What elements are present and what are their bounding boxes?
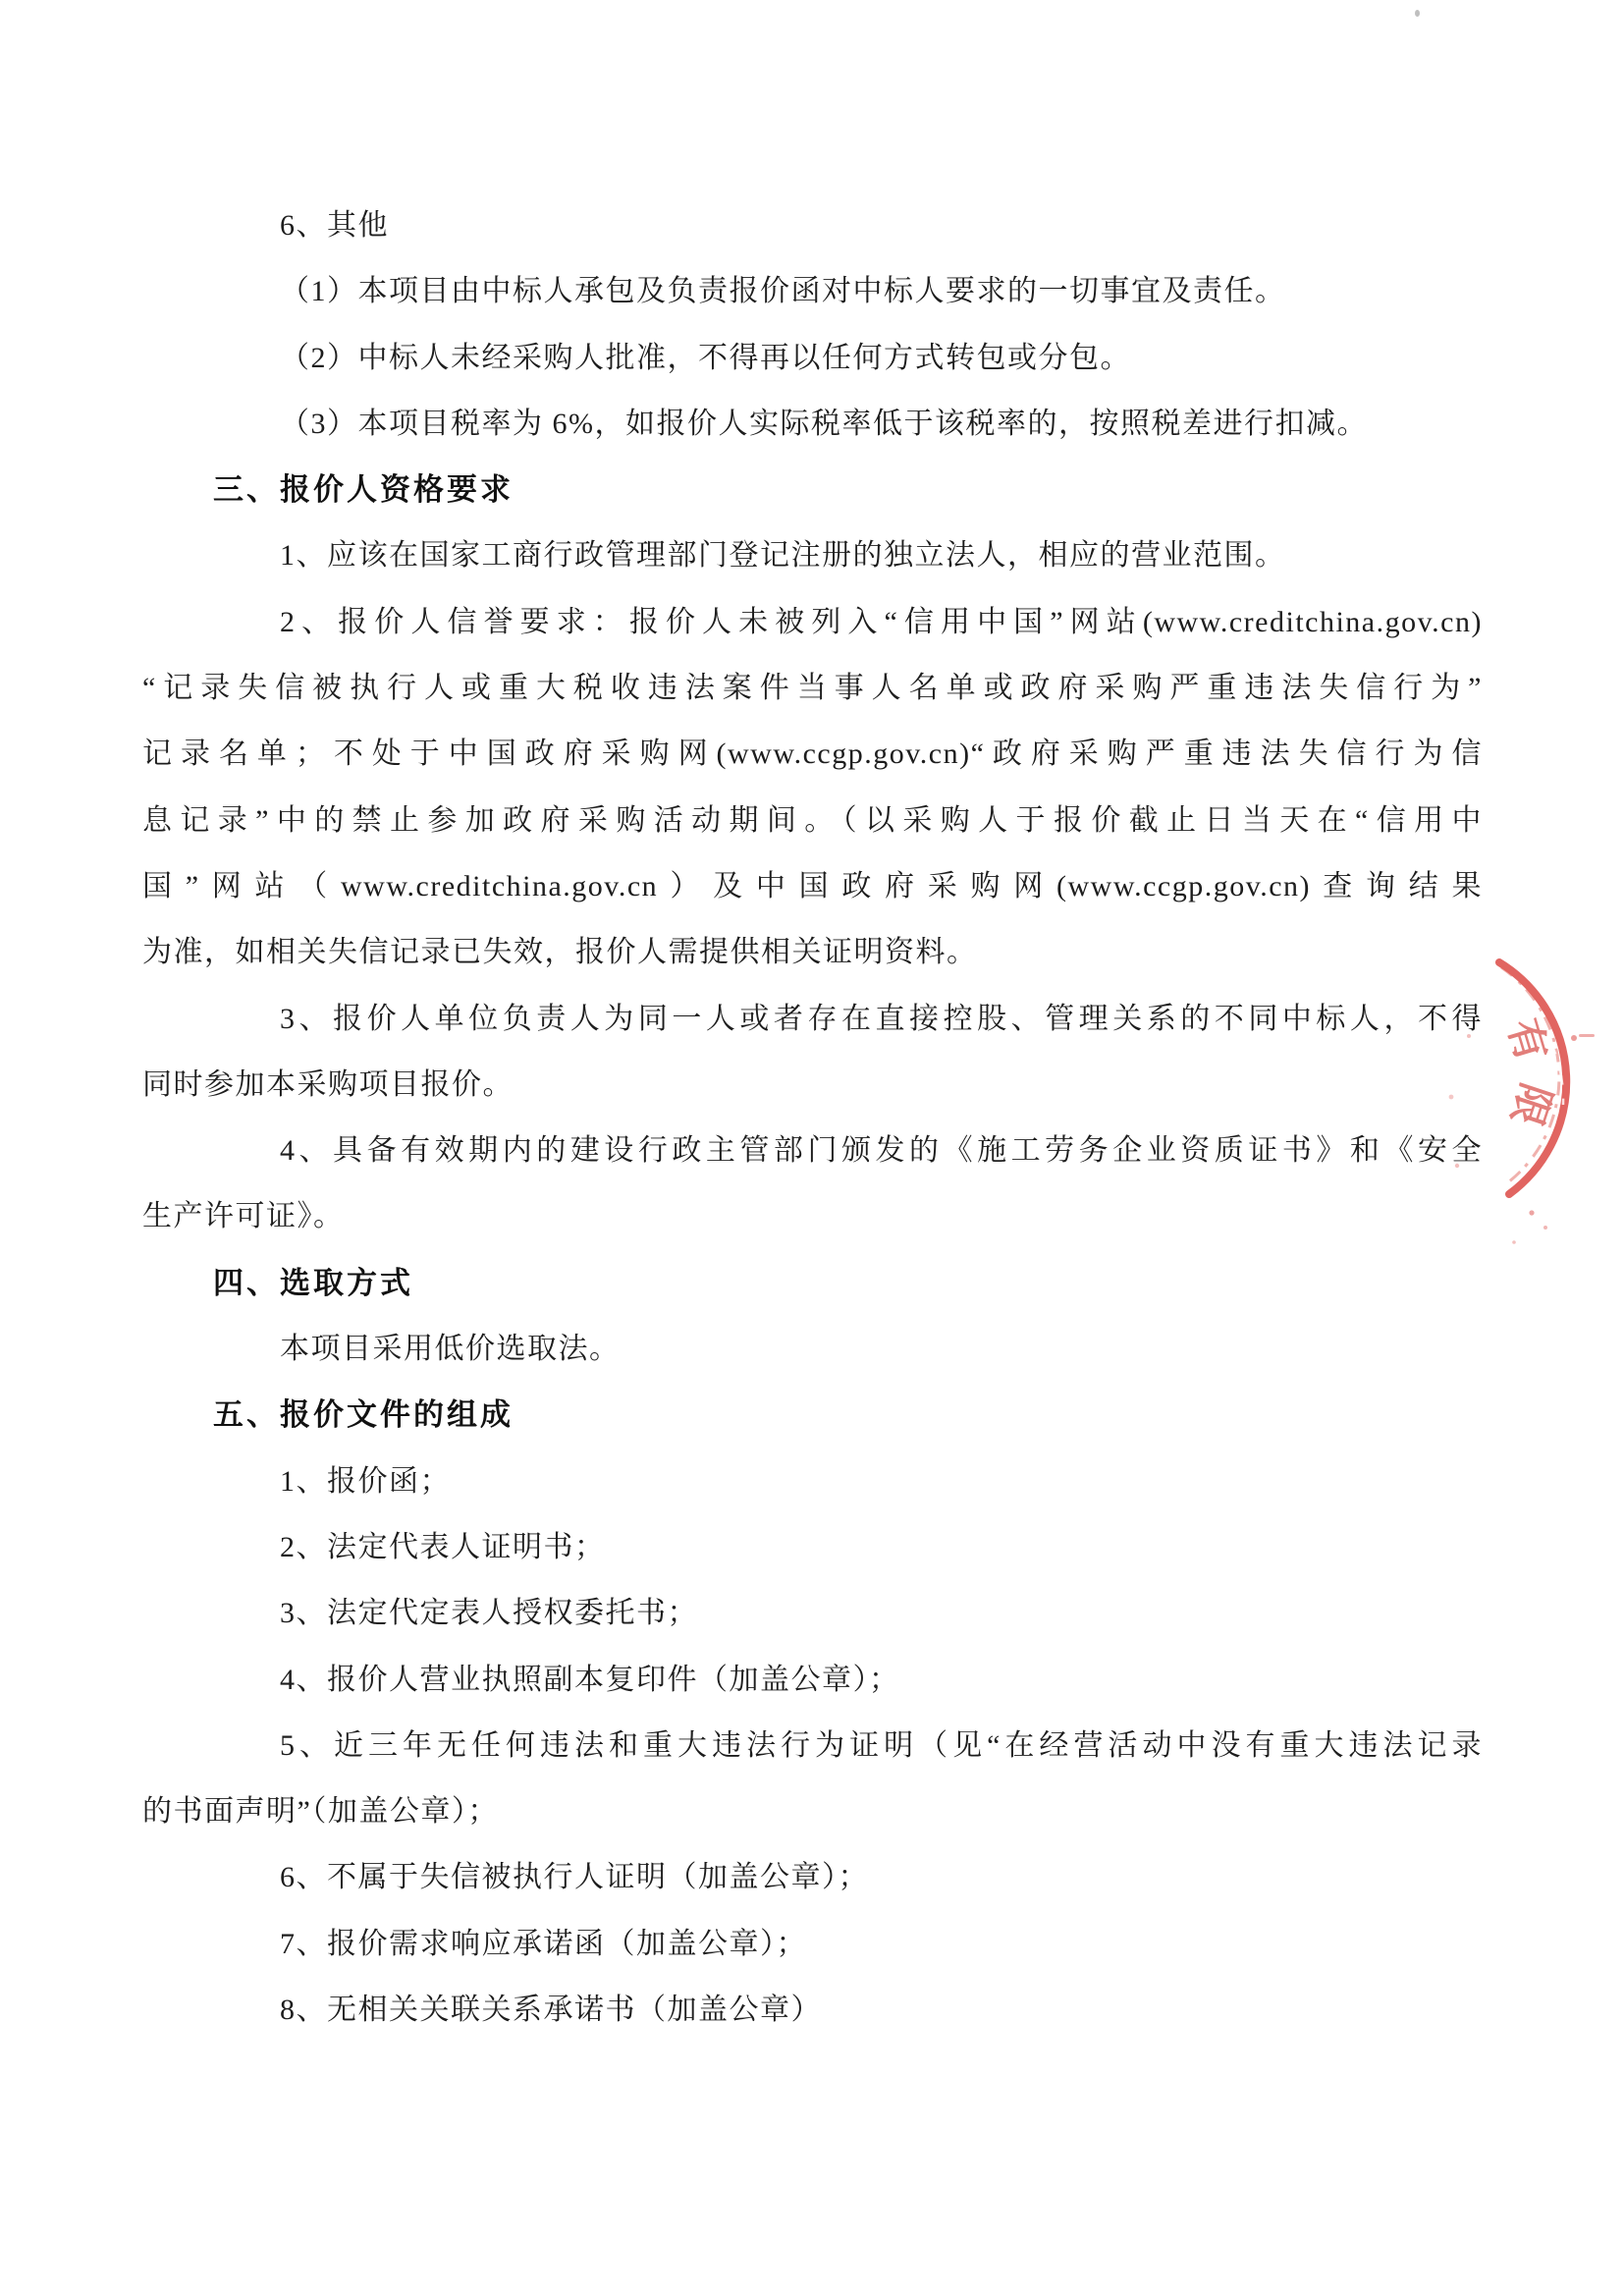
- seal-arc: [1499, 962, 1566, 1194]
- text-line: 国”网站（www.creditchina.gov.cn）及中国政府采购网(www…: [142, 853, 1483, 919]
- document-text: 6、其他（1）本项目由中标人承包及负责报价函对中标人要求的一切事宜及责任。（2）…: [142, 192, 1483, 2043]
- text-line: 三、报价人资格要求: [142, 457, 1483, 522]
- text-line: 3、法定代定表人授权委托书；: [142, 1580, 1483, 1646]
- seal-arc-texture: [1501, 967, 1559, 1185]
- text-line: 2、法定代表人证明书；: [142, 1514, 1483, 1580]
- text-line: （2）中标人未经采购人批准，不得再以任何方式转包或分包。: [142, 325, 1483, 391]
- document-page: 6、其他（1）本项目由中标人承包及负责报价函对中标人要求的一切事宜及责任。（2）…: [0, 0, 1624, 2296]
- text-line: 5、近三年无任何违法和重大违法行为证明（见“在经营活动中没有重大违法记录: [142, 1713, 1483, 1778]
- text-line: （1）本项目由中标人承包及负责报价函对中标人要求的一切事宜及责任。: [142, 258, 1483, 324]
- text-line: 1、应该在国家工商行政管理部门登记注册的独立法人，相应的营业范围。: [142, 522, 1483, 588]
- scan-speck: [1415, 10, 1420, 17]
- text-line: 同时参加本采购项目报价。: [142, 1052, 1483, 1118]
- text-line: 五、报价文件的组成: [142, 1382, 1483, 1448]
- text-line: 1、报价函；: [142, 1449, 1483, 1514]
- text-line: （3）本项目税率为 6%，如报价人实际税率低于该税率的，按照税差进行扣减。: [142, 391, 1483, 457]
- text-line: 6、不属于失信被执行人证明（加盖公章）；: [142, 1844, 1483, 1910]
- text-line: 的书面声明”（加盖公章）；: [142, 1778, 1483, 1844]
- text-line: 3、报价人单位负责人为同一人或者存在直接控股、管理关系的不同中标人，不得: [142, 986, 1483, 1052]
- text-line: 为准，如相关失信记录已失效，报价人需提供相关证明资料。: [142, 919, 1483, 985]
- text-line: 4、具备有效期内的建设行政主管部门颁发的《施工劳务企业资质证书》和《安全: [142, 1118, 1483, 1183]
- text-line: 8、无相关关联关系承诺书（加盖公章）: [142, 1977, 1483, 2043]
- text-line: 4、报价人营业执照副本复印件（加盖公章）；: [142, 1647, 1483, 1713]
- text-line: 生产许可证》。: [142, 1183, 1483, 1249]
- seal-ink-gap: [1532, 1011, 1563, 1105]
- text-line: 四、选取方式: [142, 1250, 1483, 1316]
- text-line: 7、报价需求响应承诺函（加盖公章）；: [142, 1911, 1483, 1977]
- text-line: “记录失信被执行人或重大税收违法案件当事人名单或政府采购严重违法失信行为”: [142, 655, 1483, 721]
- text-line: 2、报价人信誉要求：报价人未被列入“信用中国”网站(www.creditchin…: [142, 589, 1483, 655]
- text-line: 记录名单；不处于中国政府采购网(www.ccgp.gov.cn)“政府采购严重违…: [142, 721, 1483, 787]
- text-line: 息记录”中的禁止参加政府采购活动期间。（以采购人于报价截止日当天在“信用中: [142, 788, 1483, 853]
- text-line: 本项目采用低价选取法。: [142, 1316, 1483, 1382]
- text-line: 6、其他: [142, 192, 1483, 258]
